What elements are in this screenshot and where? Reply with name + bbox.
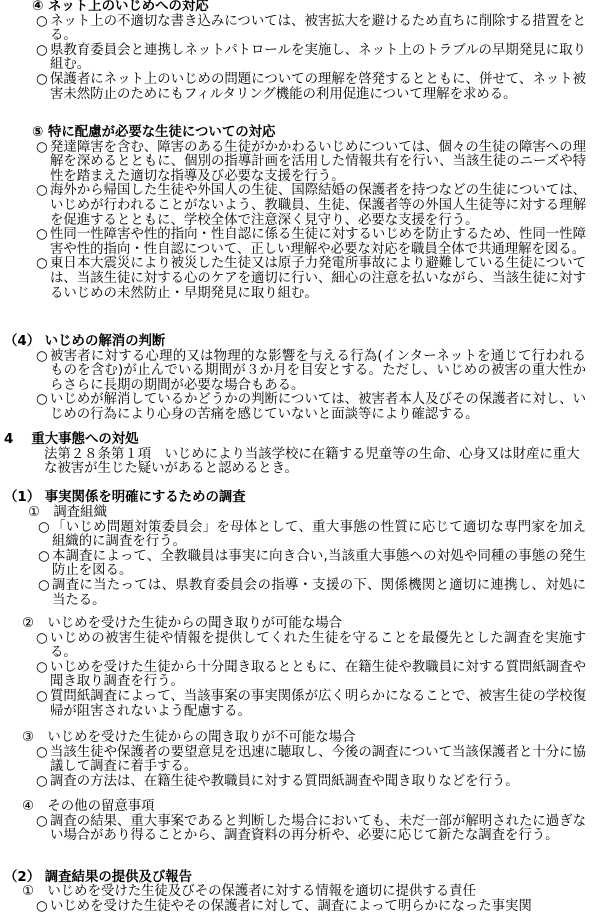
section-paragraph: 法第２８条第１項 いじめにより当該学校に在籍する児童等の生命、心身又は財産に重大… bbox=[44, 448, 586, 477]
list-item: ○本調査によって、全教職員は事実に向き合い,当該重大事態への対処や同種の事態の発… bbox=[38, 550, 586, 579]
section-s5-1-1: ① 調査組織○「いじめ問題対策委員会」を母体として、重大事態の性質に応じて適切な… bbox=[0, 506, 600, 608]
section-number: ⑤ bbox=[32, 126, 43, 141]
list-item: ○調査の方法は、在籍生徒や教職員に対する質問紙調査や聞き取りなどを行う。 bbox=[36, 775, 586, 790]
list-item: ○被害者に対する心理的又は物理的な影響を与える行為(インターネットを通じて行われ… bbox=[36, 350, 586, 394]
list-item: ○県教育委員会と連携しネットパトロールを実施し、ネット上のトラブルの早期発見に取… bbox=[36, 44, 586, 73]
list-item-text: 本調査によって、全教職員は事実に向き合い,当該重大事態への対処や同種の事態の発生… bbox=[52, 550, 586, 579]
circle-bullet-icon: ○ bbox=[36, 746, 48, 761]
circle-bullet-icon: ○ bbox=[36, 184, 48, 199]
section-title: ネット上のいじめへの対応 bbox=[48, 0, 209, 14]
section-title: いじめを受けた生徒からの聞き取りが可能な場合 bbox=[34, 616, 342, 631]
circle-bullet-icon: ○ bbox=[36, 257, 48, 272]
list-item-text: 海外から帰国した生徒や外国人の生徒、国際結婚の保護者を持つなどの生徒については、… bbox=[50, 184, 586, 228]
section-number: 4 bbox=[4, 433, 27, 448]
section-s5-1-3: ③ いじめを受けた生徒からの聞き取りが不可能な場合○当該生徒や保護者の要望意見を… bbox=[0, 731, 600, 789]
circle-bullet-icon: ○ bbox=[36, 632, 48, 647]
list-item-text: いじめを受けた生徒やその保護者に対して、調査によって明らかになった事実関 bbox=[50, 900, 586, 915]
list-item-text: 当該生徒や保護者の要望意見を迅速に聴取し、今後の調査について当該保護者と十分に協… bbox=[50, 746, 586, 775]
section-title: いじめの解消の判断 bbox=[45, 334, 166, 349]
section-heading: （1） 事実関係を明確にするための調査 bbox=[0, 491, 600, 506]
list-item: ○調査の結果、重大事案であると判断した場合においても、未だ一部が解明されたに過ぎ… bbox=[36, 815, 586, 844]
section-heading: （4） いじめの解消の判断 bbox=[0, 335, 600, 350]
section-number: ① bbox=[28, 506, 40, 521]
section-s5: 4 重大事態への対処法第２８条第１項 いじめにより当該学校に在籍する児童等の生命… bbox=[0, 433, 600, 477]
section-heading: ⑤ 特に配慮が必要な生徒についての対応 bbox=[0, 126, 600, 141]
list-item: ○「いじめ問題対策委員会」を母体として、重大事態の性質に応じて適切な専門家を加え… bbox=[38, 521, 586, 550]
list-item: ○当該生徒や保護者の要望意見を迅速に聴取し、今後の調査について当該保護者と十分に… bbox=[36, 746, 586, 775]
circle-bullet-icon: ○ bbox=[36, 775, 48, 790]
list-item-text: いじめを受けた生徒から十分聞き取るとともに、在籍生徒や教職員に対する質問紙調査や… bbox=[50, 661, 586, 690]
list-item: ○いじめの被害生徒や情報を提供してくれた生徒を守ることを最優先とした調査を実施す… bbox=[36, 632, 586, 661]
list-item-text: 発達障害を含む、障害のある生徒がかかわるいじめについては、個々の生徒の障害への理… bbox=[50, 141, 586, 185]
list-item: ○性同一性障害や性的指向・性自認に係る生徒に対するいじめを防止するため、性同一性… bbox=[36, 228, 586, 257]
section-number: ④ bbox=[32, 0, 43, 15]
list-item-text: 県教育委員会と連携しネットパトロールを実施し、ネット上のトラブルの早期発見に取り… bbox=[50, 44, 586, 73]
section-title: 重大事態への対処 bbox=[31, 432, 138, 447]
circle-bullet-icon: ○ bbox=[36, 73, 48, 88]
list-item: ○いじめが解消しているかどうかの判断については、被害者本人及びその保護者に対し、… bbox=[36, 393, 586, 422]
list-item: ○質問紙調査によって、当該事案の事実関係が広く明らかになることで、被害生徒の学校… bbox=[36, 690, 586, 719]
circle-bullet-icon: ○ bbox=[38, 579, 50, 594]
section-title: 調査結果の提供及び報告 bbox=[45, 870, 192, 885]
section-title: その他の留意事項 bbox=[34, 799, 155, 814]
section-title: いじめを受けた生徒からの聞き取りが不可能な場合 bbox=[34, 730, 355, 745]
list-item-text: いじめの被害生徒や情報を提供してくれた生徒を守ることを最優先とした調査を実施する… bbox=[50, 632, 586, 661]
list-item-text: 性同一性障害や性的指向・性自認に係る生徒に対するいじめを防止するため、性同一性障… bbox=[50, 228, 586, 257]
list-item-text: 調査の方法は、在籍生徒や教職員に対する質問紙調査や聞き取りなどを行う。 bbox=[50, 775, 586, 790]
circle-bullet-icon: ○ bbox=[36, 661, 48, 676]
section-number: ② bbox=[22, 617, 34, 632]
section-s5-1-4: ④ その他の留意事項○調査の結果、重大事案であると判断した場合においても、未だ一… bbox=[0, 800, 600, 844]
section-number: ① bbox=[22, 885, 34, 900]
section-s4-4: ④ ネット上のいじめへの対応○ネット上の不適切な書き込みについては、被害拡大を避… bbox=[0, 0, 600, 102]
list-item-text: 調査に当たっては、県教育委員会の指導・支援の下、関係機関と適切に連携し、対処に当… bbox=[52, 579, 586, 608]
list-item-text: いじめが解消しているかどうかの判断については、被害者本人及びその保護者に対し、い… bbox=[50, 393, 586, 422]
list-item: ○発達障害を含む、障害のある生徒がかかわるいじめについては、個々の生徒の障害への… bbox=[36, 141, 586, 185]
list-item-text: 被害者に対する心理的又は物理的な影響を与える行為(インターネットを通じて行われる… bbox=[50, 350, 586, 394]
list-item: ○東日本大震災により被災した生徒又は原子力発電所事故により避難している生徒につい… bbox=[36, 257, 586, 301]
list-item: ○海外から帰国した生徒や外国人の生徒、国際結婚の保護者を持つなどの生徒については… bbox=[36, 184, 586, 228]
list-item-text: ネット上の不適切な書き込みについては、被害拡大を避けるため直ちに削除する措置をと… bbox=[50, 15, 586, 44]
section-heading: ④ その他の留意事項 bbox=[0, 800, 600, 815]
list-item-text: 保護者にネット上のいじめの問題についての理解を啓発するとともに、併せて、ネット被… bbox=[50, 73, 586, 102]
section-number: （1） bbox=[4, 491, 40, 506]
list-item-text: 「いじめ問題対策委員会」を母体として、重大事態の性質に応じて適切な専門家を加え組… bbox=[52, 521, 586, 550]
list-item: ○いじめを受けた生徒から十分聞き取るとともに、在籍生徒や教職員に対する質問紙調査… bbox=[36, 661, 586, 690]
section-title: 事実関係を明確にするための調査 bbox=[45, 490, 246, 505]
circle-bullet-icon: ○ bbox=[36, 228, 48, 243]
section-heading: 4 重大事態への対処 bbox=[0, 433, 600, 448]
list-item: ○保護者にネット上のいじめの問題についての理解を啓発するとともに、併せて、ネット… bbox=[36, 73, 586, 102]
section-title: 特に配慮が必要な生徒についての対応 bbox=[48, 125, 275, 140]
section-s5-2-1: ① いじめを受けた生徒及びその保護者に対する情報を適切に提供する責任○いじめを受… bbox=[0, 885, 600, 914]
circle-bullet-icon: ○ bbox=[36, 141, 48, 156]
circle-bullet-icon: ○ bbox=[36, 690, 48, 705]
list-item-text: 東日本大震災により被災した生徒又は原子力発電所事故により避難している生徒について… bbox=[50, 257, 586, 301]
circle-bullet-icon: ○ bbox=[36, 900, 48, 915]
circle-bullet-icon: ○ bbox=[36, 815, 48, 830]
list-item: ○いじめを受けた生徒やその保護者に対して、調査によって明らかになった事実関 bbox=[36, 900, 586, 915]
section-title: いじめを受けた生徒及びその保護者に対する情報を適切に提供する責任 bbox=[34, 884, 476, 899]
section-heading: ③ いじめを受けた生徒からの聞き取りが不可能な場合 bbox=[0, 731, 600, 746]
section-heading: ① 調査組織 bbox=[0, 506, 600, 521]
circle-bullet-icon: ○ bbox=[36, 393, 48, 408]
circle-bullet-icon: ○ bbox=[36, 350, 48, 365]
list-item: ○ネット上の不適切な書き込みについては、被害拡大を避けるため直ちに削除する措置を… bbox=[36, 15, 586, 44]
section-heading: ④ ネット上のいじめへの対応 bbox=[0, 0, 600, 15]
list-item-text: 質問紙調査によって、当該事案の事実関係が広く明らかになることで、被害生徒の学校復… bbox=[50, 690, 586, 719]
section-number: ④ bbox=[22, 800, 34, 815]
section-number: （4） bbox=[4, 335, 40, 350]
section-heading: ① いじめを受けた生徒及びその保護者に対する情報を適切に提供する責任 bbox=[0, 885, 600, 900]
circle-bullet-icon: ○ bbox=[38, 521, 50, 536]
section-s4-paren4: （4） いじめの解消の判断○被害者に対する心理的又は物理的な影響を与える行為(イ… bbox=[0, 335, 600, 423]
list-item: ○調査に当たっては、県教育委員会の指導・支援の下、関係機関と適切に連携し、対処に… bbox=[38, 579, 586, 608]
circle-bullet-icon: ○ bbox=[36, 44, 48, 59]
circle-bullet-icon: ○ bbox=[38, 550, 50, 565]
section-heading: ② いじめを受けた生徒からの聞き取りが可能な場合 bbox=[0, 617, 600, 632]
section-s5-1-2: ② いじめを受けた生徒からの聞き取りが可能な場合○いじめの被害生徒や情報を提供し… bbox=[0, 617, 600, 719]
section-s4-5: ⑤ 特に配慮が必要な生徒についての対応○発達障害を含む、障害のある生徒がかかわる… bbox=[0, 126, 600, 301]
section-title: 調査組織 bbox=[40, 505, 107, 520]
circle-bullet-icon: ○ bbox=[36, 15, 48, 30]
section-s5-1: （1） 事実関係を明確にするための調査 bbox=[0, 491, 600, 506]
section-number: ③ bbox=[22, 731, 34, 746]
list-item-text: 調査の結果、重大事案であると判断した場合においても、未だ一部が解明されたに過ぎな… bbox=[50, 815, 586, 844]
